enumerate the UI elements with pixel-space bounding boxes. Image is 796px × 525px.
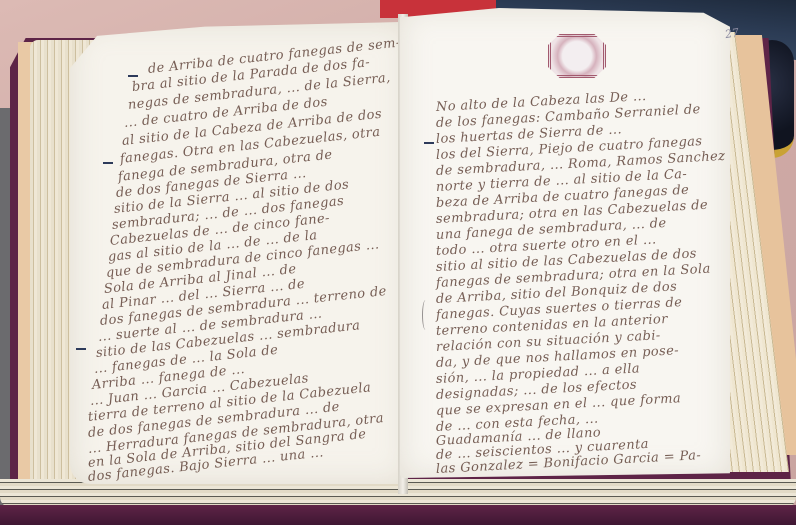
right-page: No alto de la Cabeza las De ... de los f… (400, 8, 730, 478)
embossed-seal-icon (548, 34, 606, 78)
margin-mark (424, 142, 434, 144)
book-spine-bottom (0, 505, 796, 525)
margin-mark (128, 75, 138, 77)
margin-mark (76, 348, 86, 350)
page-number: 27 (724, 26, 740, 41)
left-page-handwriting: de Arriba de cuatro fanegas de sem- bra … (70, 22, 408, 484)
right-page-handwriting: No alto de la Cabeza las De ... de los f… (400, 8, 730, 478)
margin-mark (103, 162, 113, 164)
pencil-mark (422, 300, 429, 330)
left-page: de Arriba de cuatro fanegas de sem- bra … (70, 22, 408, 484)
manuscript-photo-scene: de Arriba de cuatro fanegas de sem- bra … (0, 0, 796, 525)
